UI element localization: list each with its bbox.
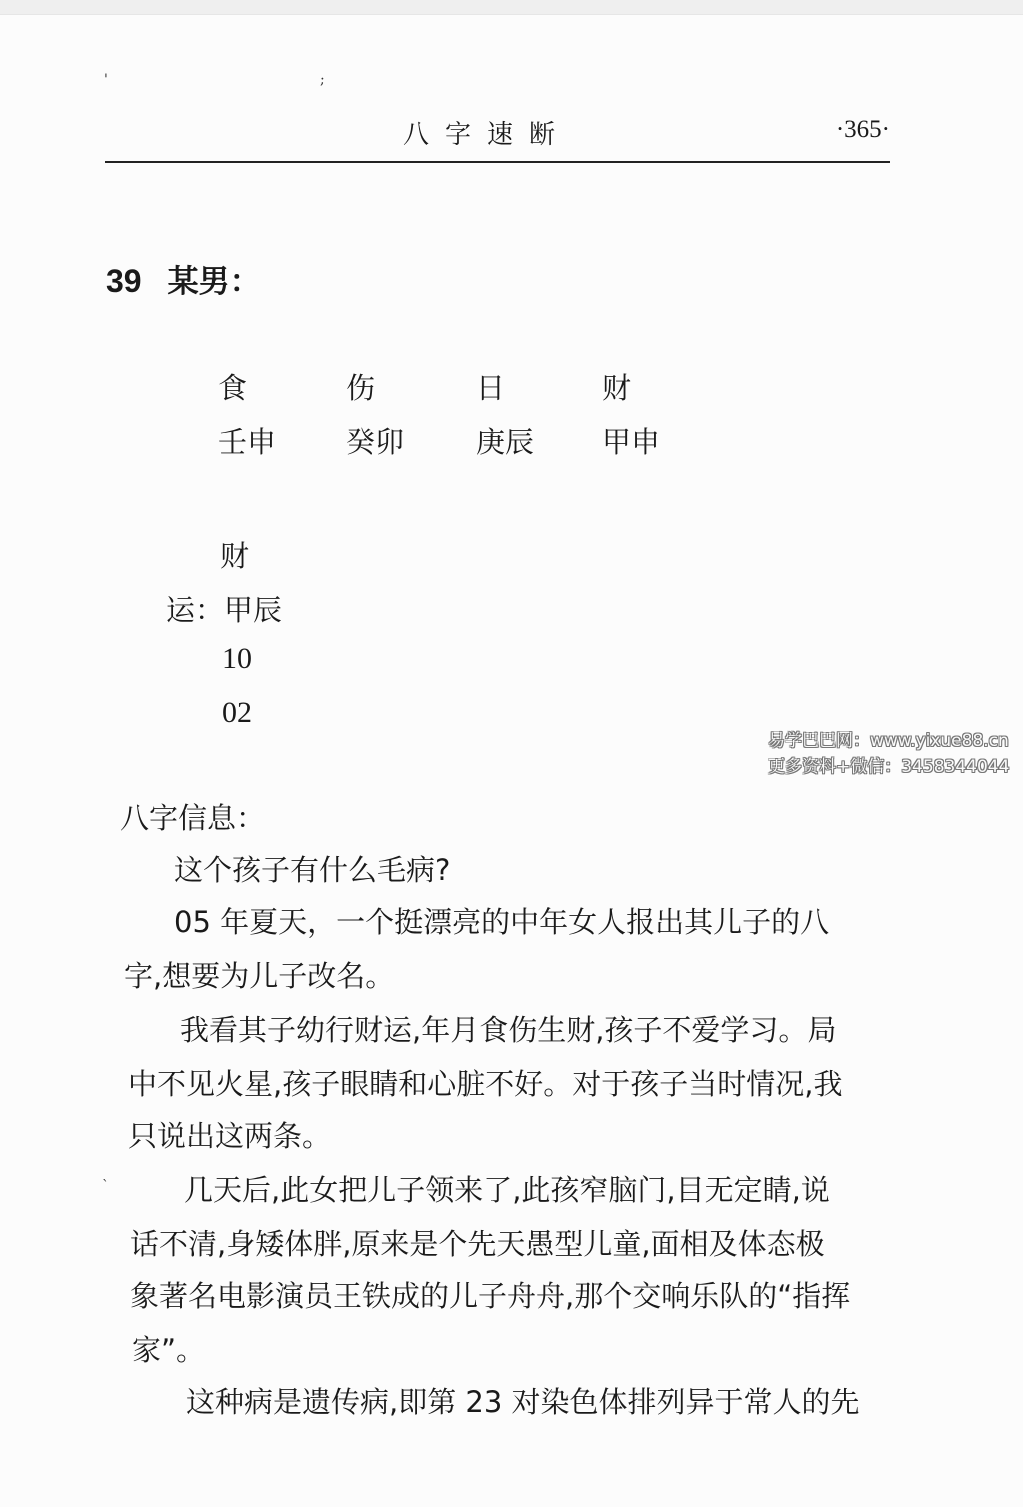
luck-start-age: 10 [222,642,252,676]
paragraph-line: 这个孩子有什么毛病? [174,848,450,889]
paragraph-line: 字,想要为儿子改名。 [124,954,394,995]
ganzhi: 癸卯 [346,420,436,461]
header-rule [105,161,890,163]
ganzhi: 庚辰 [476,420,566,461]
case-heading: 39某男： [106,256,261,301]
pillar-year: 食 壬申 [218,366,308,461]
luck-label: 运： [166,588,224,629]
watermark: 易学巴巴网：www.yixue88.cn 更多资料+微信：3458344044 [768,728,1009,780]
page-number: ·365· [836,116,890,144]
scan-speck: ` [102,1178,109,1194]
ganzhi: 壬申 [218,420,308,461]
luck-start-year: 02 [222,696,252,730]
case-title: 某男： [168,264,261,300]
viewer-top-bar [0,0,1023,15]
paragraph-line: 几天后,此女把儿子领来了,此孩窄脑门,目无定睛,说 [184,1168,830,1209]
paragraph-line: 这种病是遗传病,即第 23 对染色体排列异于常人的先 [186,1380,860,1421]
paragraph-line: 我看其子幼行财运,年月食伤生财,孩子不爱学习。局 [180,1008,836,1049]
paragraph-line: 只说出这两条。 [128,1114,331,1155]
pillar-month: 伤 癸卯 [346,366,436,461]
ten-god: 食 [218,366,308,420]
scan-speck: ; [320,72,325,88]
paragraph-line: 话不清,身矮体胖,原来是个先天愚型儿童,面相及体态极 [130,1222,825,1263]
ten-god: 伤 [346,366,436,420]
ten-god: 财 [602,366,692,420]
luck-ganzhi: 甲辰 [224,588,282,629]
paragraph-line: 中不见火星,孩子眼睛和心脏不好。对于孩子当时情况,我 [128,1062,842,1103]
paragraph-line: 05 年夏天，一个挺漂亮的中年女人报出其儿子的八 [174,900,829,941]
watermark-line: 更多资料+微信：3458344044 [768,754,1009,780]
paragraph-line: 象著名电影演员王铁成的儿子舟舟,那个交响乐队的“指挥 [130,1274,850,1315]
ganzhi: 甲申 [602,420,692,461]
running-head: 八字速断 ·365· [105,112,890,156]
case-number: 39 [106,263,142,299]
ten-god: 日 [476,366,566,420]
pillar-hour: 财 甲申 [602,366,692,461]
section-label: 八字信息： [120,796,265,837]
luck-ten-god: 财 [220,534,249,575]
pillar-day: 日 庚辰 [476,366,566,461]
book-title: 八字速断 [403,114,571,151]
watermark-line: 易学巴巴网：www.yixue88.cn [768,728,1009,754]
paragraph-line: 家”。 [132,1328,205,1369]
scan-speck: ' [104,72,108,88]
